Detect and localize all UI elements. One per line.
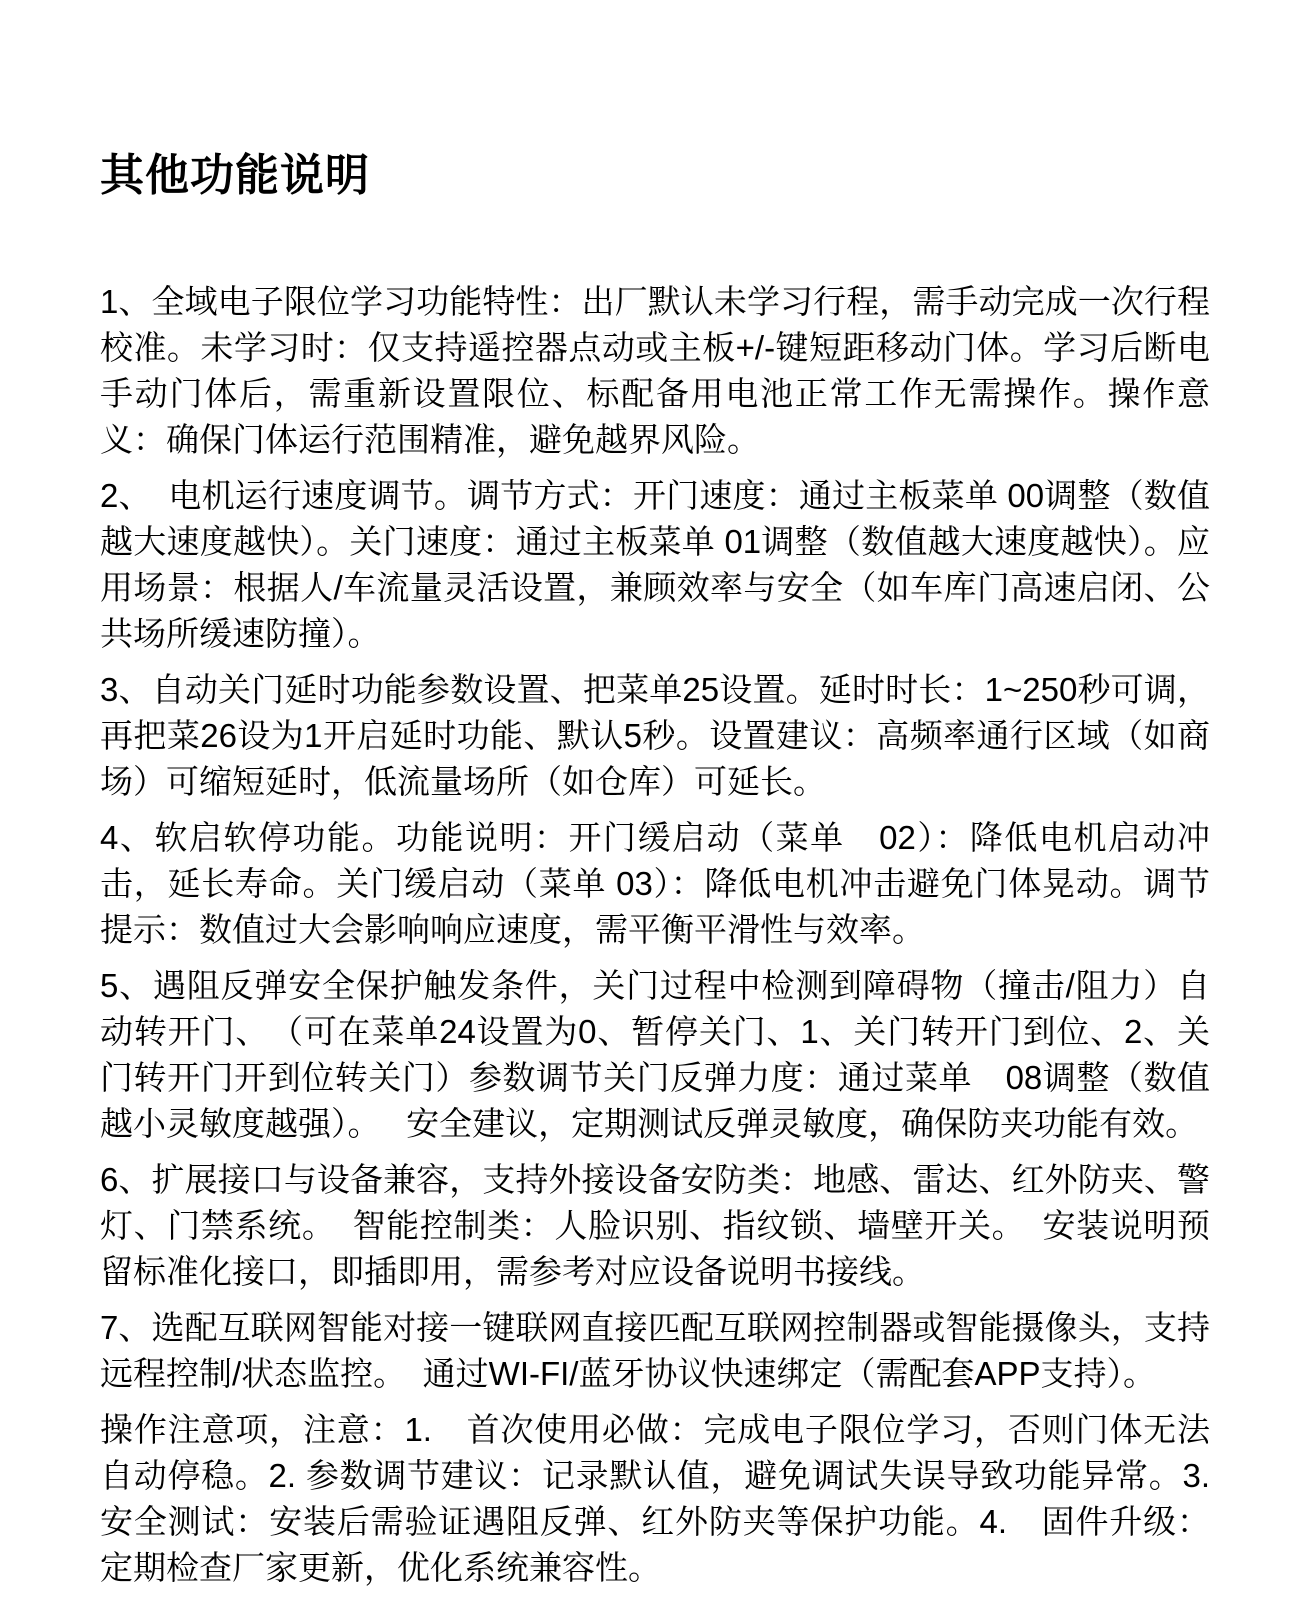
paragraph-7-internet-connectivity: 7、选配互联网智能对接一键联网直接匹配互联网控制器或智能摄像头，支持远程控制/状…	[100, 1305, 1210, 1397]
document-page: 其他功能说明 1、全域电子限位学习功能特性：出厂默认未学习行程，需手动完成一次行…	[0, 0, 1300, 1614]
paragraph-5-obstacle-rebound: 5、遇阻反弹安全保护触发条件，关门过程中检测到障碍物（撞击/阻力）自动转开门、 …	[100, 963, 1210, 1147]
paragraph-3-auto-close-delay: 3、自动关门延时功能参数设置、把菜单25设置。延时时长：1~250秒可调，再把菜…	[100, 667, 1210, 805]
page-title: 其他功能说明	[100, 148, 1210, 203]
paragraph-2-motor-speed: 2、 电机运行速度调节。调节方式：开门速度：通过主板菜单 00调整（数值越大速度…	[100, 473, 1210, 657]
paragraph-list: 1、全域电子限位学习功能特性：出厂默认未学习行程，需手动完成一次行程校准。未学习…	[100, 279, 1210, 1591]
paragraph-6-expansion-interfaces: 6、扩展接口与设备兼容，支持外接设备安防类：地感、雷达、红外防夹、警灯、门禁系统…	[100, 1157, 1210, 1295]
paragraph-1-limit-learning: 1、全域电子限位学习功能特性：出厂默认未学习行程，需手动完成一次行程校准。未学习…	[100, 279, 1210, 463]
paragraph-8-operation-notes: 操作注意项，注意：1. 首次使用必做：完成电子限位学习，否则门体无法自动停稳。2…	[100, 1407, 1210, 1591]
paragraph-4-soft-start-stop: 4、软启软停功能。功能说明：开门缓启动（菜单 02）：降低电机启动冲击，延长寿命…	[100, 815, 1210, 953]
